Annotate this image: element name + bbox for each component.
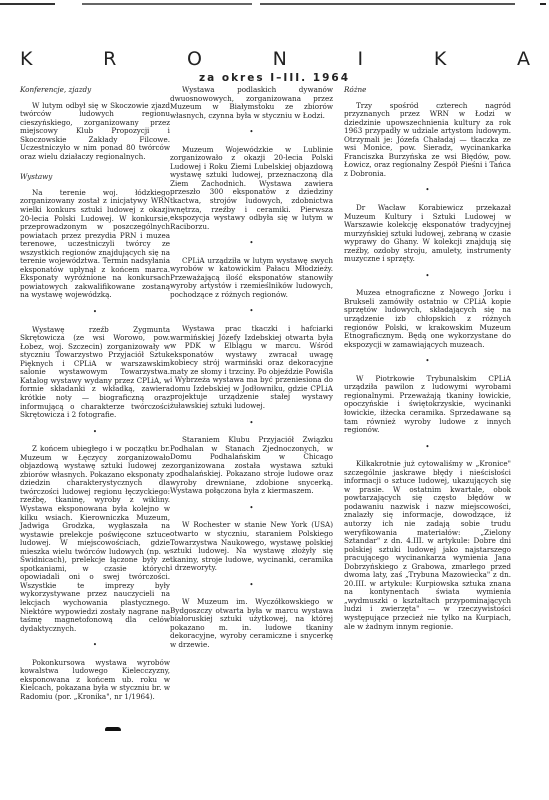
paragraph: Dr Wacław Korabiewicz przekazał Muzeum K… [344, 204, 511, 264]
title-letter: N [273, 48, 287, 70]
paragraph: Z końcem ubiegłego i w początku br. Muze… [20, 445, 170, 633]
title-letter: K [20, 48, 32, 70]
separator: • [170, 581, 333, 590]
paragraph: W Muzeum im. Wyczółkowskiego w Bydgoszcz… [170, 598, 333, 649]
page-subtitle: za okres I–III. 1964 [0, 72, 549, 84]
title-letter: A [517, 48, 530, 70]
paragraph: W Piotrkowie Trybunalskim CPLiA urządził… [344, 375, 511, 435]
title-letter: R [103, 48, 116, 70]
paragraph: Muzea etnograficzne z Nowego Jorku i Bru… [344, 289, 511, 349]
separator: • [20, 428, 170, 437]
title-letter: I [358, 48, 364, 70]
paragraph: Na terenie woj. łódzkiego zorganizowany … [20, 189, 170, 300]
paragraph: Muzeum Wojewódzkie w Lublinie zorganizow… [170, 146, 333, 231]
title-letter: K [434, 48, 446, 70]
paragraph: W lutym odbył się w Skoczowie zjazd twór… [20, 102, 170, 162]
ink-blot [105, 727, 121, 731]
paragraph: Staraniem Klubu Przyjaciół Związku Podha… [170, 436, 333, 496]
paragraph: Wystawę rzeźb Zygmunta Skrętowicza (ze w… [20, 326, 170, 420]
separator: • [344, 186, 511, 195]
separator: • [344, 357, 511, 366]
paragraph: Wystawa prac tkaczki i hafciarki warmińs… [170, 325, 333, 410]
paragraph: W Rochester w stanie New York (USA) otwa… [170, 521, 333, 572]
separator: • [20, 308, 170, 317]
section-heading: Różne [344, 86, 511, 95]
paragraph: CPLiA urządziła w lutym wystawę swych wy… [170, 257, 333, 300]
separator: • [344, 443, 511, 452]
column-left: Konferencje, zjazdy W lutym odbył się w … [20, 86, 170, 701]
separator: • [170, 504, 333, 513]
separator: • [170, 128, 333, 137]
separator: • [170, 419, 333, 428]
section-heading: Wystawy [20, 173, 170, 182]
column-middle: Wystawa podlaskich dywanów dwuosnowowych… [170, 86, 333, 650]
paragraph: Kilkakrotnie już cytowaliśmy w „Kronice"… [344, 460, 511, 631]
paragraph: Pokonkursowa wystawa wyrobów kowalstwa l… [20, 659, 170, 702]
paragraph: Trzy spośród czterech nagród przyznanych… [344, 102, 511, 179]
top-rule [0, 3, 549, 6]
page-title: K R O N I K A [20, 48, 530, 70]
section-heading: Konferencje, zjazdy [20, 86, 170, 95]
paragraph: Wystawa podlaskich dywanów dwuosnowowych… [170, 86, 333, 120]
title-letter: O [187, 48, 202, 70]
separator: • [344, 272, 511, 281]
separator: • [170, 307, 333, 316]
separator: • [20, 641, 170, 650]
separator: • [170, 239, 333, 248]
column-right: Różne Trzy spośród czterech nagród przyz… [344, 86, 511, 631]
